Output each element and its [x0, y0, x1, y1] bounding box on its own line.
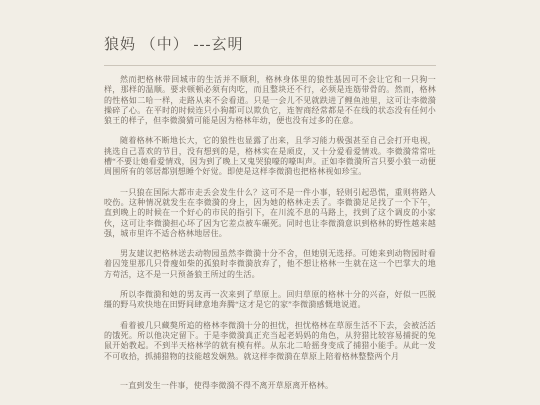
article-title: 狼妈 （中） ---玄明	[104, 36, 436, 54]
article-body: 然而把格林带回城市的生活并不顺利，格林身体里的狼性基因可不会让它和一只狗一样，那…	[104, 75, 436, 391]
paragraph-4: 男友建议把格林送去动物园虽然李微漪十分不舍，但她别无选择。可她来到动物园时看着囚…	[104, 249, 436, 280]
paragraph-6: 看着被几只藏獒所追的格林李微漪十分的担忧，担忧格林在草原生活不下去，会被活活的饿…	[104, 321, 436, 362]
paragraph-2: 随着格林不断地长大，它的狼性也显露了出来，且学习能力极强甚至自己会打开电视，挑选…	[104, 136, 436, 177]
title-divider	[104, 65, 436, 66]
paragraph-7: 一直到发生一件事，使得李微漪不得不离开草原离开格林。	[104, 381, 436, 391]
document-page: 狼妈 （中） ---玄明 然而把格林带回城市的生活并不顺利，格林身体里的狼性基因…	[104, 0, 436, 391]
paragraph-1: 然而把格林带回城市的生活并不顺利，格林身体里的狼性基因可不会让它和一只狗一样，那…	[104, 75, 436, 126]
paragraph-5: 所以李微漪和她的男友再一次来到了草原上。回归草原的格林十分的兴奋，好似一匹脱缰的…	[104, 290, 436, 311]
paragraph-3: 一只狼在国际大都市走丢会发生什么？这可不是一件小事，轻则引起恐慌，重则将路人咬伤…	[104, 188, 436, 239]
